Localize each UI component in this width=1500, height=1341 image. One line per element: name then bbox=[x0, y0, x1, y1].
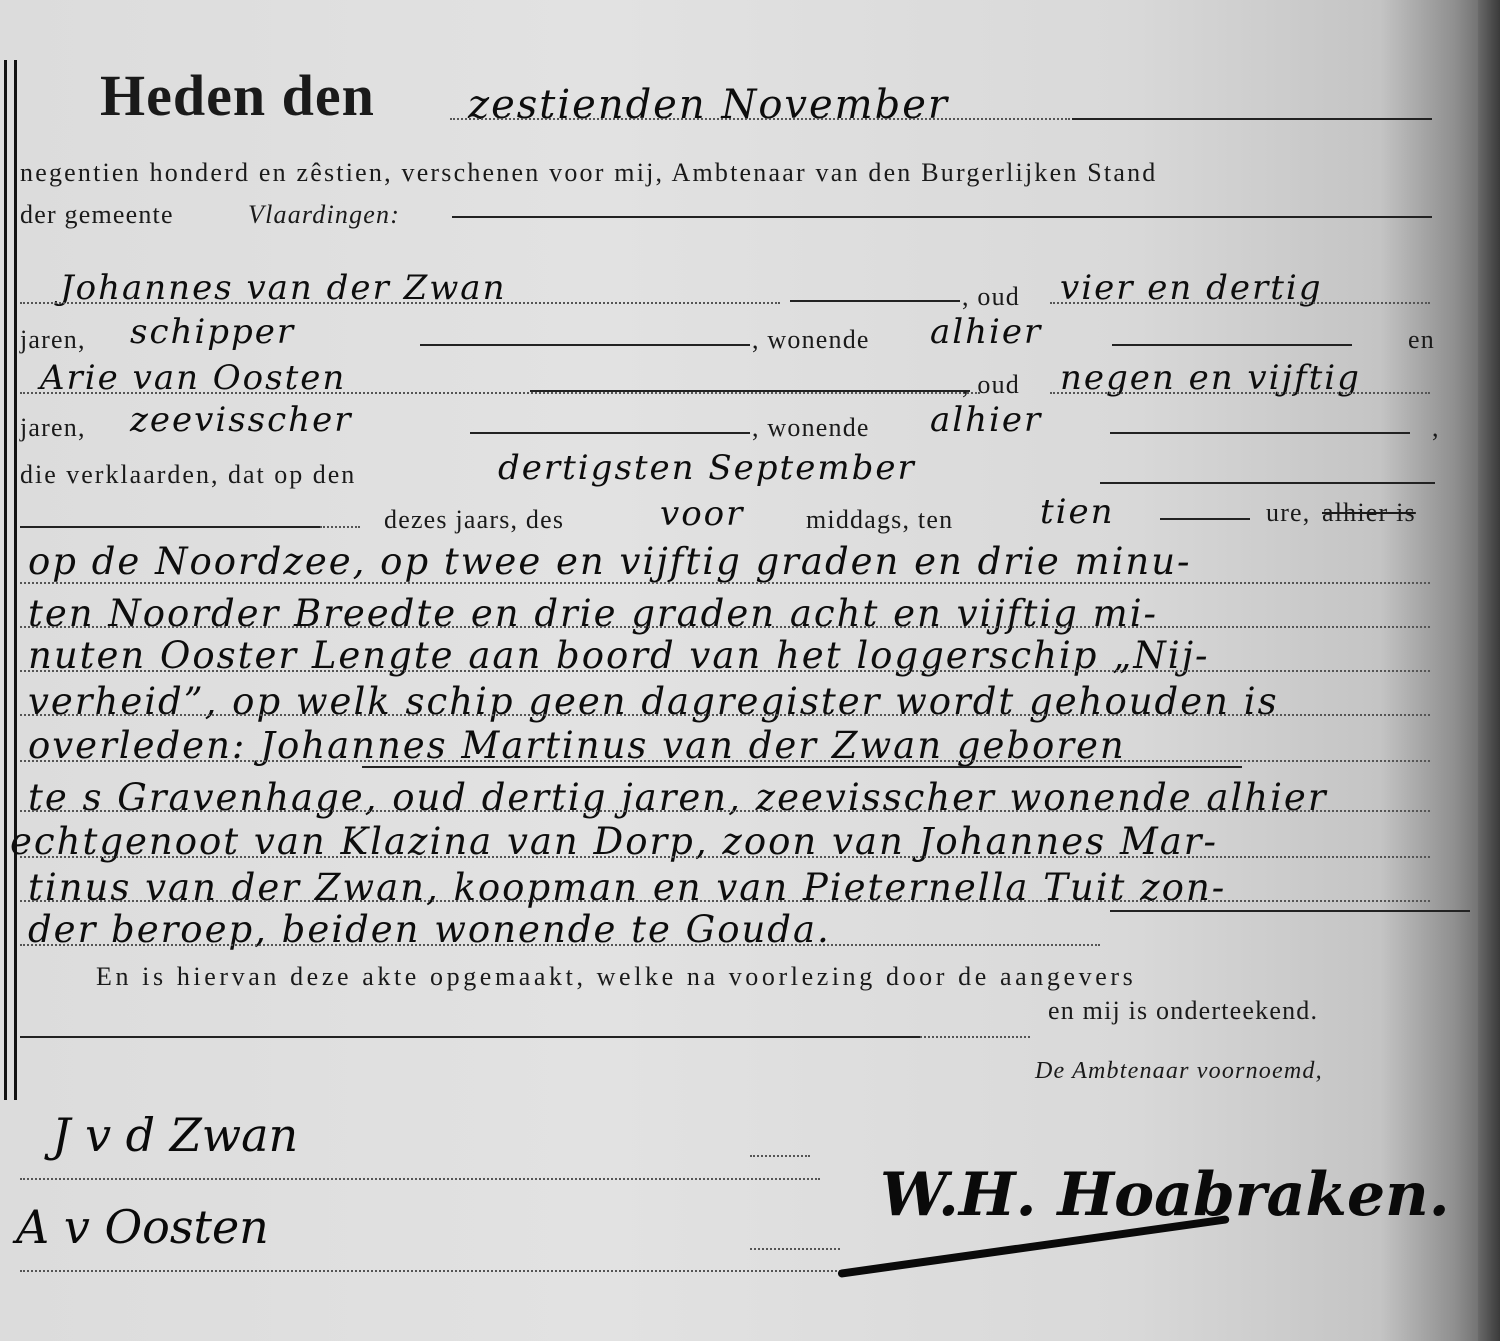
printed-line-year: negentien honderd en zêstien, verschenen… bbox=[20, 158, 1157, 188]
death-date: dertigsten September bbox=[498, 448, 916, 488]
declarant2-wonende-label: , wonende bbox=[752, 413, 870, 443]
residence2-fill-line bbox=[1110, 432, 1410, 434]
date-fill-line bbox=[1072, 118, 1432, 120]
daypart: voor bbox=[660, 494, 744, 534]
body-dots-9 bbox=[20, 944, 1100, 946]
declarant2-occupation: zeevisscher bbox=[130, 400, 352, 440]
declaration-intro: die verklaarden, dat op den bbox=[20, 460, 356, 490]
declarant1-en-label: en bbox=[1408, 325, 1435, 355]
body-dots-7 bbox=[20, 856, 1430, 858]
municipality-name: Vlaardingen: bbox=[248, 200, 400, 230]
declarant1-oud-label: , oud bbox=[962, 282, 1020, 312]
declarant1-occupation: schipper bbox=[130, 312, 295, 352]
signature-declarant-1: J v d Zwan bbox=[52, 1108, 298, 1162]
body-end-fill-line bbox=[1110, 910, 1470, 912]
signature1-dotted-line bbox=[20, 1178, 820, 1180]
closing-dots bbox=[920, 1036, 1030, 1038]
declarant2-jaren-label: jaren, bbox=[20, 413, 86, 443]
declarant1-wonende-label: , wonende bbox=[752, 325, 870, 355]
body-dots-2 bbox=[20, 626, 1430, 628]
handwritten-date: zestienden November bbox=[468, 82, 949, 128]
official-label: De Ambtenaar voornoemd, bbox=[1035, 1058, 1323, 1085]
occupation2-fill-line bbox=[470, 432, 750, 434]
death-hour: tien bbox=[1040, 492, 1115, 532]
declarant2-fill-line bbox=[530, 390, 970, 392]
date-dotted-line bbox=[450, 118, 1070, 120]
body-line-8: tinus van der Zwan, koopman en van Piete… bbox=[28, 866, 1226, 909]
body-dots-3 bbox=[20, 670, 1430, 672]
declarant2-age-dotted-line bbox=[1050, 392, 1430, 394]
closing-line-2: en mij is onderteekend. bbox=[1048, 996, 1318, 1026]
printed-municipality-label: der gemeente bbox=[20, 200, 174, 230]
declarant2-dotted-line bbox=[20, 392, 980, 394]
left-margin-rule-outer bbox=[4, 60, 7, 1100]
declarant1-residence: alhier bbox=[930, 312, 1042, 352]
declarant1-dotted-line bbox=[20, 302, 780, 304]
left-margin-rule-inner bbox=[14, 60, 17, 1100]
body-dots-4 bbox=[20, 714, 1430, 716]
occupation1-fill-line bbox=[420, 344, 750, 346]
signature2-dotted-line-right bbox=[750, 1248, 840, 1250]
body-line-2: ten Noorder Breedte en drie graden acht … bbox=[28, 592, 1158, 635]
signature2-dotted-line bbox=[20, 1270, 860, 1272]
body-dots-6 bbox=[20, 810, 1430, 812]
declarant2-oud-label: , oud bbox=[962, 370, 1020, 400]
printed-ure: ure, bbox=[1266, 498, 1311, 528]
municipality-fill-line bbox=[452, 216, 1432, 218]
printed-middags: middags, ten bbox=[806, 505, 953, 535]
declarant2-residence: alhier bbox=[930, 400, 1042, 440]
body-line-6: te s Gravenhage, oud dertig jaren, zeevi… bbox=[28, 776, 1328, 819]
body-dots-5 bbox=[20, 760, 1430, 762]
deceased-name-underline bbox=[362, 766, 1242, 768]
declarant1-fill-line bbox=[790, 300, 960, 302]
closing-fill-line bbox=[20, 1036, 920, 1038]
document-title: Heden den bbox=[100, 62, 375, 129]
body-line-1: op de Noordzee, op twee en vijftig grade… bbox=[28, 540, 1192, 583]
signature-official: W.H. Hoabraken. bbox=[880, 1160, 1450, 1230]
body-dots-1 bbox=[20, 582, 1430, 584]
death-date-cont-line bbox=[20, 526, 320, 528]
declarant1-jaren-label: jaren, bbox=[20, 325, 86, 355]
signature-declarant-2: A v Oosten bbox=[16, 1200, 269, 1254]
body-line-4: verheid”, op welk schip geen dagregister… bbox=[28, 680, 1279, 723]
book-binding-edge bbox=[1478, 0, 1500, 1341]
signature1-dotted-line-right bbox=[750, 1155, 810, 1157]
residence1-fill-line bbox=[1112, 344, 1352, 346]
hour-fill-line bbox=[1160, 518, 1250, 520]
declarant2-comma: , bbox=[1432, 413, 1440, 443]
declarant1-age-dotted-line bbox=[1050, 302, 1430, 304]
printed-dezes-jaars: dezes jaars, des bbox=[384, 505, 564, 535]
struck-out-text: alhier is bbox=[1322, 498, 1416, 528]
closing-line-1: En is hiervan deze akte opgemaakt, welke… bbox=[96, 962, 1136, 992]
death-date-cont-dots bbox=[320, 526, 360, 528]
civil-death-record-page: Heden den zestienden November negentien … bbox=[0, 0, 1500, 1341]
body-dots-8 bbox=[20, 900, 1430, 902]
death-date-fill-line bbox=[1100, 482, 1435, 484]
